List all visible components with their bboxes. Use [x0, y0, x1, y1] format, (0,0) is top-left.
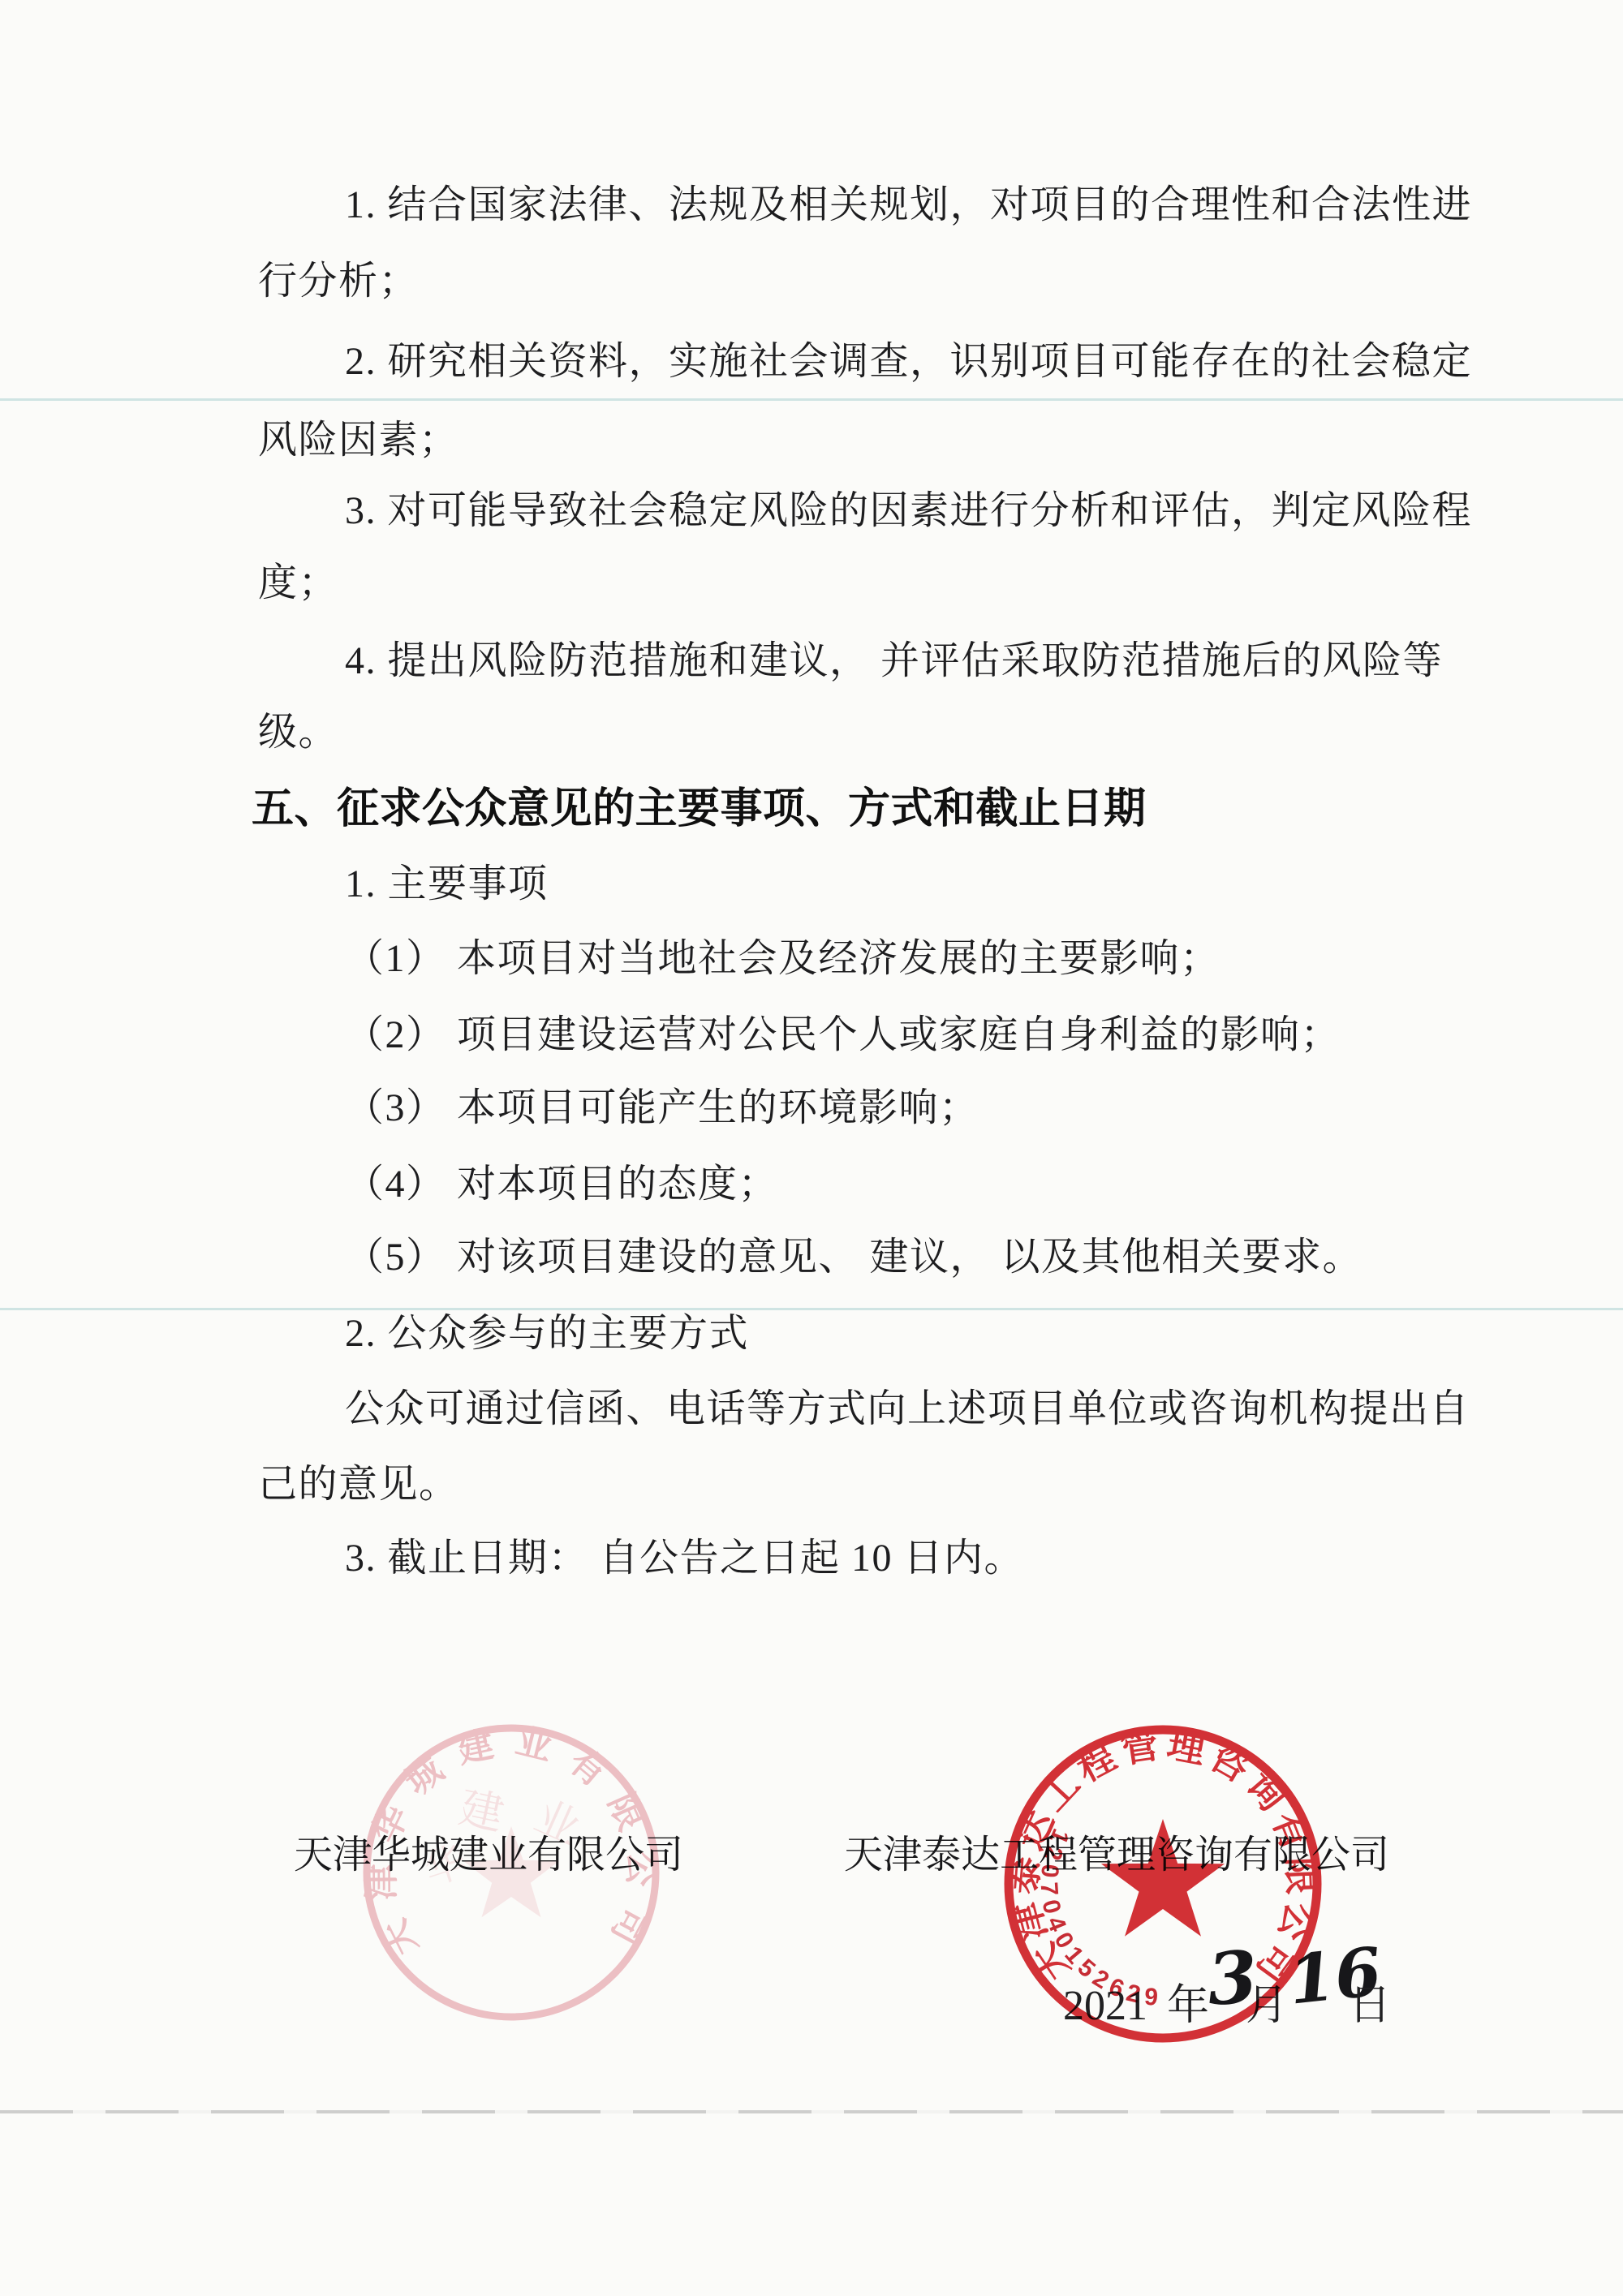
document-line: （3） 本项目可能产生的环境影响；: [345, 1086, 1530, 1131]
document-line: 2. 研究相关资料，实施社会调查，识别项目可能存在的社会稳定: [345, 339, 1530, 385]
document-line: 3. 对可能导致社会稳定风险的因素进行分析和评估，判定风险程: [345, 488, 1530, 534]
document-line: 3. 截止日期： 自公告之日起 10 日内。: [345, 1536, 1530, 1581]
scanned-document-page: 1. 结合国家法律、法规及相关规划，对项目的合理性和合法性进行分析；2. 研究相…: [0, 0, 1623, 2296]
left-seal-faint-glyph: 建: [455, 1783, 508, 1840]
date-month-unit: 月: [1246, 1982, 1288, 2031]
document-line: 1. 结合国家法律、法规及相关规划，对项目的合理性和合法性进: [345, 183, 1530, 228]
scan-artifact-line: [0, 1308, 1623, 1310]
date-year-unit: 年: [1167, 1982, 1209, 2031]
document-line: （2） 项目建设运营对公民个人或家庭自身利益的影响；: [345, 1013, 1530, 1058]
section-heading: 五、征求公众意见的主要事项、方式和截止日期: [252, 786, 1436, 832]
right-company-name: 天津泰达工程管理咨询有限公司: [844, 1833, 1389, 1878]
scan-artifact-line: [0, 398, 1623, 401]
document-line: 4. 提出风险防范措施和建议， 并评估采取防范措施后的风险等: [345, 638, 1530, 684]
document-line: 风险因素；: [258, 418, 1443, 463]
date-day-unit: 日: [1349, 1982, 1391, 2031]
document-line: 级。: [258, 710, 1443, 755]
document-line: 1. 主要事项: [345, 862, 1530, 907]
document-line: 公众可通过信函、电话等方式向上述项目单位或咨询机构提出自: [345, 1387, 1530, 1432]
document-line: （5） 对该项目建设的意见、 建议， 以及其他相关要求。: [345, 1235, 1530, 1280]
left-company-name: 天津华城建业有限公司: [294, 1833, 683, 1878]
date-year: 2021: [1063, 1982, 1147, 2031]
document-line: （4） 对本项目的态度；: [345, 1162, 1530, 1207]
scan-artifact-line: [0, 2110, 1623, 2113]
document-line: （1） 本项目对当地社会及经济发展的主要影响；: [345, 936, 1530, 982]
document-line: 度；: [258, 561, 1443, 606]
document-line: 己的意见。: [258, 1462, 1443, 1507]
document-line: 行分析；: [258, 259, 1443, 304]
document-line: 2. 公众参与的主要方式: [345, 1311, 1530, 1357]
